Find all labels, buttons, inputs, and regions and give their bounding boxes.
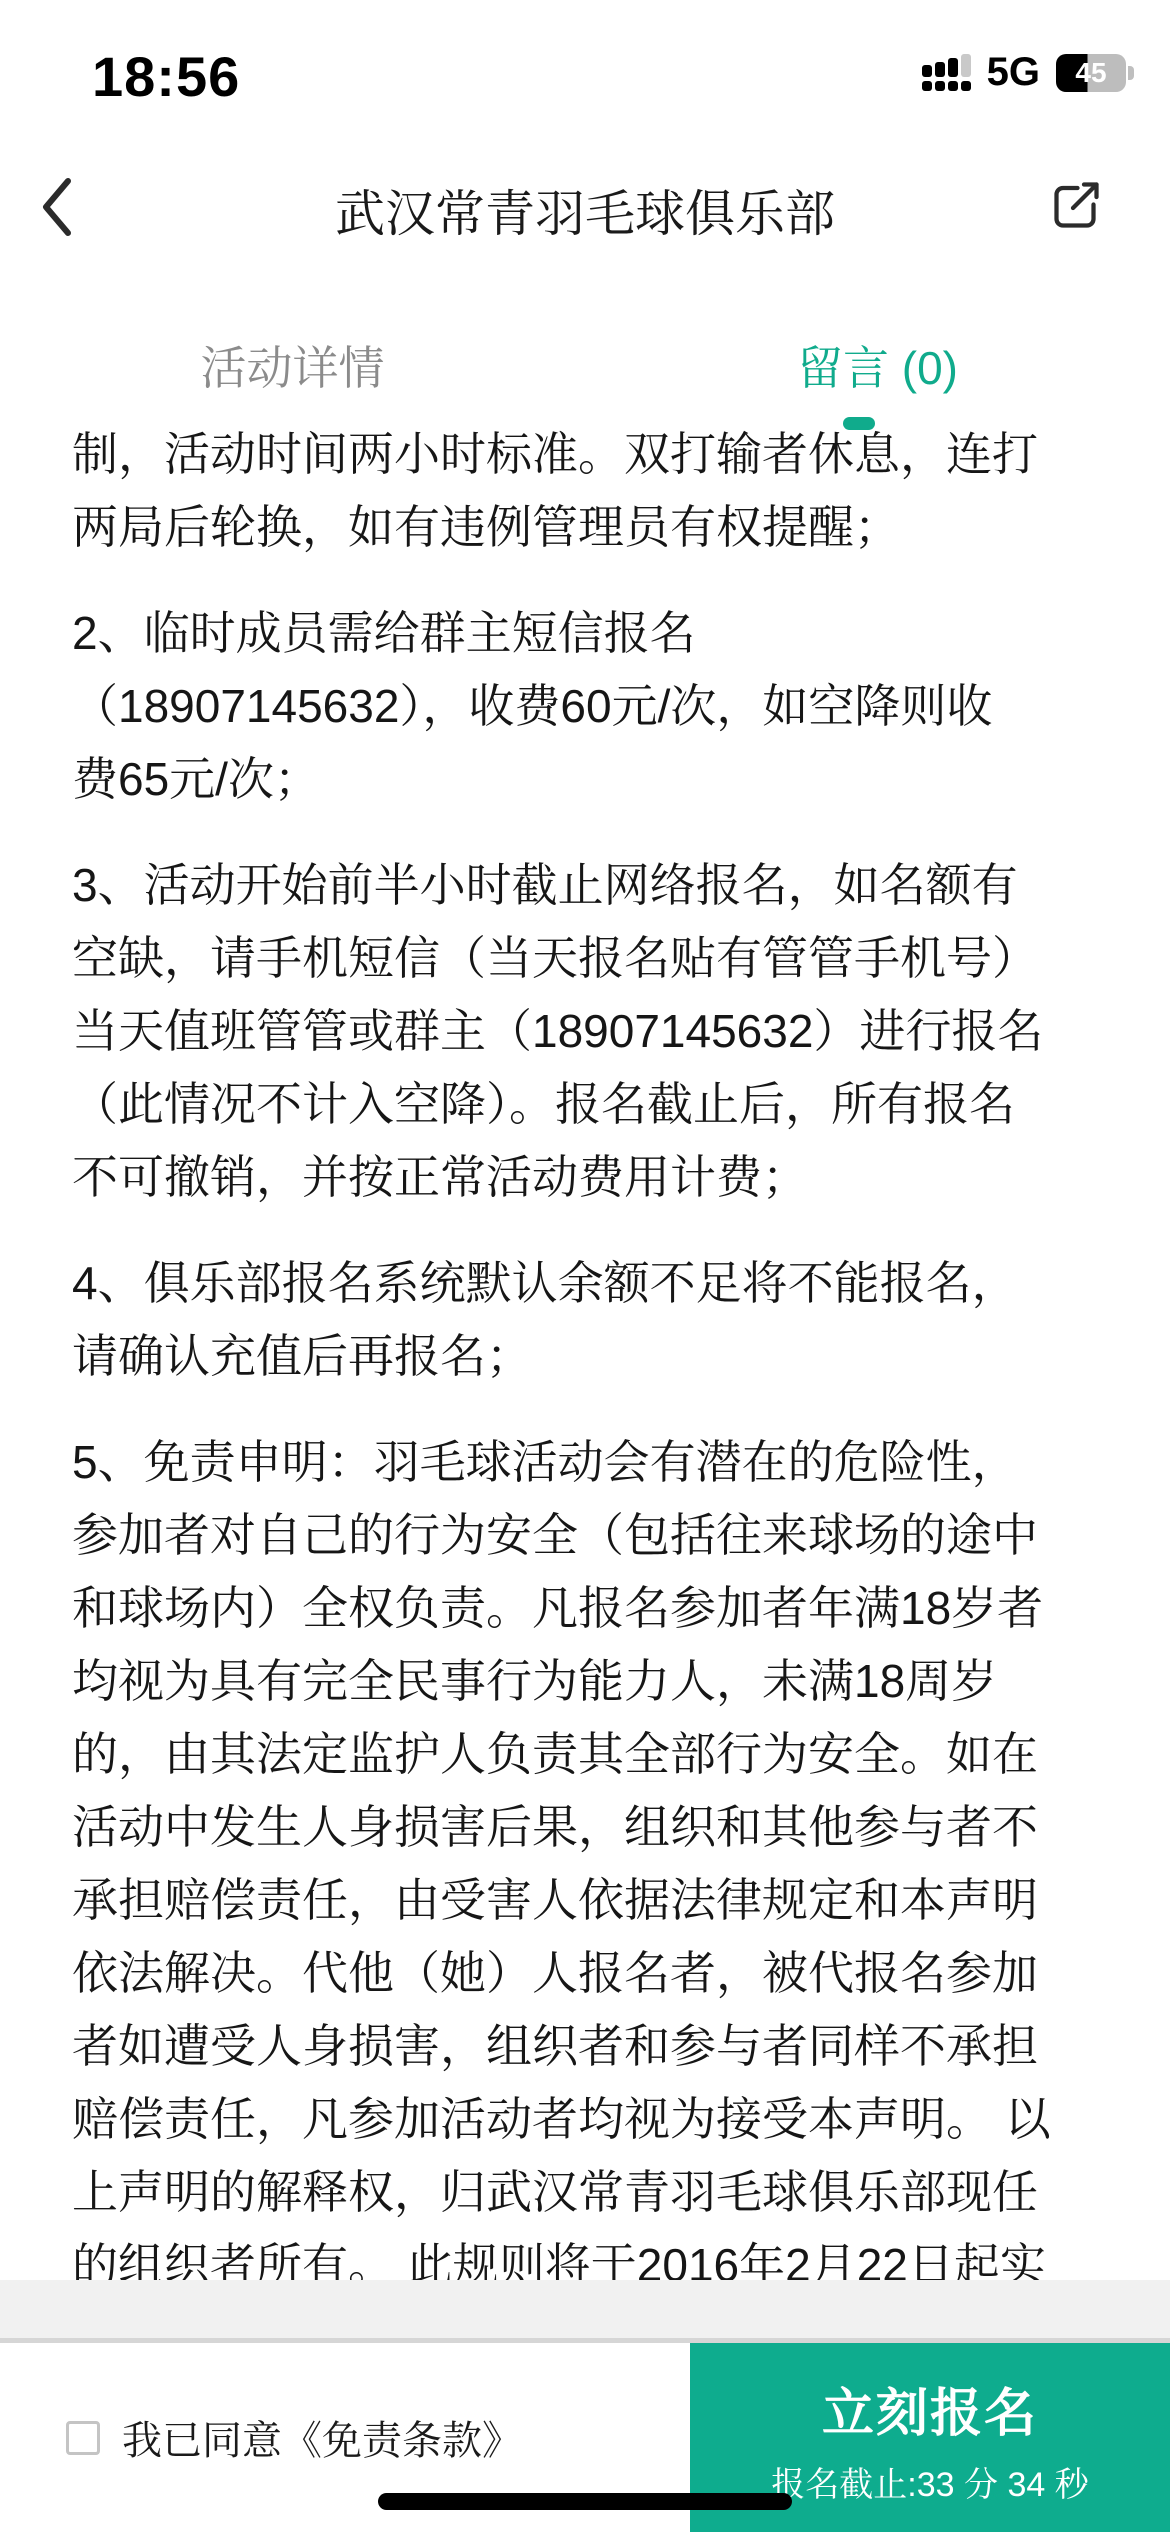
deadline-countdown: 报名截止:33 分 34 秒 [771,2457,1088,2532]
text-line: 不可撤销，并按正常活动费用计费； [72,1141,1110,1214]
back-button[interactable] [36,174,96,244]
home-indicator[interactable] [378,2493,792,2510]
app-screen: 18:56 5G 45 武汉常青羽毛球俱乐部 [0,0,1170,2532]
network-type-label: 5G [987,50,1040,95]
text-line: 依法解决。代他（她）人报名者，被代报名参加 [72,1937,1110,2010]
paragraph: 5、免责申明：羽毛球活动会有潜在的危险性，参加者对自己的行为安全（包括往来球场的… [72,1426,1110,2280]
text-line: 两局后轮换，如有违例管理员有权提醒； [72,491,1110,564]
paragraph: 2、临时成员需给群主短信报名（18907145632），收费60元/次，如空降则… [72,597,1110,816]
share-button[interactable] [1040,170,1110,246]
battery-icon: 45 [1056,54,1126,92]
clock-time: 18:56 [92,44,240,109]
nav-bar: 武汉常青羽毛球俱乐部 [0,130,1170,290]
text-line: 者如遭受人身损害，组织者和参与者同样不承担 [72,2010,1110,2083]
text-line: 均视为具有完全民事行为能力人，未满18周岁 [72,1645,1110,1718]
tab-activity-details[interactable]: 活动详情 [0,300,585,430]
text-line: 4、俱乐部报名系统默认余额不足将不能报名， [72,1247,1110,1320]
text-line: 和球场内）全权负责。凡报名参加者年满18岁者 [72,1572,1110,1645]
text-line: 费65元/次； [72,743,1110,816]
page-title: 武汉常青羽毛球俱乐部 [0,130,1170,290]
tab-bar: 活动详情 留言 (0) [0,300,1170,430]
tab-comments[interactable]: 留言 (0) [585,300,1170,430]
status-bar: 18:56 5G 45 [0,0,1170,130]
text-line: 5、免责申明：羽毛球活动会有潜在的危险性， [72,1426,1110,1499]
text-line: 活动中发生人身损害后果，组织和其他参与者不 [72,1791,1110,1864]
footer-divider [0,2280,1170,2343]
text-line: 请确认充值后再报名； [72,1320,1110,1393]
text-line: 当天值班管管或群主（18907145632）进行报名 [72,995,1110,1068]
chevron-left-icon [36,175,80,244]
content-scroll-area[interactable]: 制，活动时间两小时标准。双打输者休息，连打两局后轮换，如有违例管理员有权提醒； … [0,430,1170,2280]
content-text: 制，活动时间两小时标准。双打输者休息，连打两局后轮换，如有违例管理员有权提醒； … [0,430,1170,2280]
text-line: 空缺，请手机短信（当天报名贴有管管手机号） [72,922,1110,995]
text-line: 2、临时成员需给群主短信报名 [72,597,1110,670]
text-line: （此情况不计入空降）。报名截止后，所有报名 [72,1068,1110,1141]
text-line: 制，活动时间两小时标准。双打输者休息，连打 [72,430,1110,491]
paragraph: 4、俱乐部报名系统默认余额不足将不能报名，请确认充值后再报名； [72,1247,1110,1393]
paragraph: 制，活动时间两小时标准。双打输者休息，连打两局后轮换，如有违例管理员有权提醒； [72,430,1110,564]
cellular-signal-icon [922,54,971,91]
signup-button-label: 立刻报名 [822,2371,1038,2446]
status-right-cluster: 5G 45 [922,50,1134,95]
paragraph: 3、活动开始前半小时截止网络报名，如名额有空缺，请手机短信（当天报名贴有管管手机… [72,849,1110,1214]
text-line: 上声明的解释权，归武汉常青羽毛球俱乐部现任 [72,2156,1110,2229]
text-line: 的，由其法定监护人负责其全部行为安全。如在 [72,1718,1110,1791]
share-icon [1044,176,1106,241]
agree-checkbox[interactable] [66,2421,100,2455]
text-line: 参加者对自己的行为安全（包括往来球场的途中 [72,1499,1110,1572]
text-line: 赔偿责任，凡参加活动者均视为接受本声明。 以 [72,2083,1110,2156]
active-tab-indicator [843,417,875,430]
text-line: （18907145632），收费60元/次，如空降则收 [72,670,1110,743]
battery-indicator: 45 [1056,54,1134,92]
battery-cap [1128,66,1134,80]
text-line: 承担赔偿责任，由受害人依据法律规定和本声明 [72,1864,1110,1937]
battery-percent: 45 [1075,57,1106,89]
text-line: 3、活动开始前半小时截止网络报名，如名额有 [72,849,1110,922]
agree-label[interactable]: 我已同意《免责条款》 [122,2409,522,2466]
text-line: 的组织者所有。 此规则将于2016年2月22日起实 [72,2229,1110,2280]
